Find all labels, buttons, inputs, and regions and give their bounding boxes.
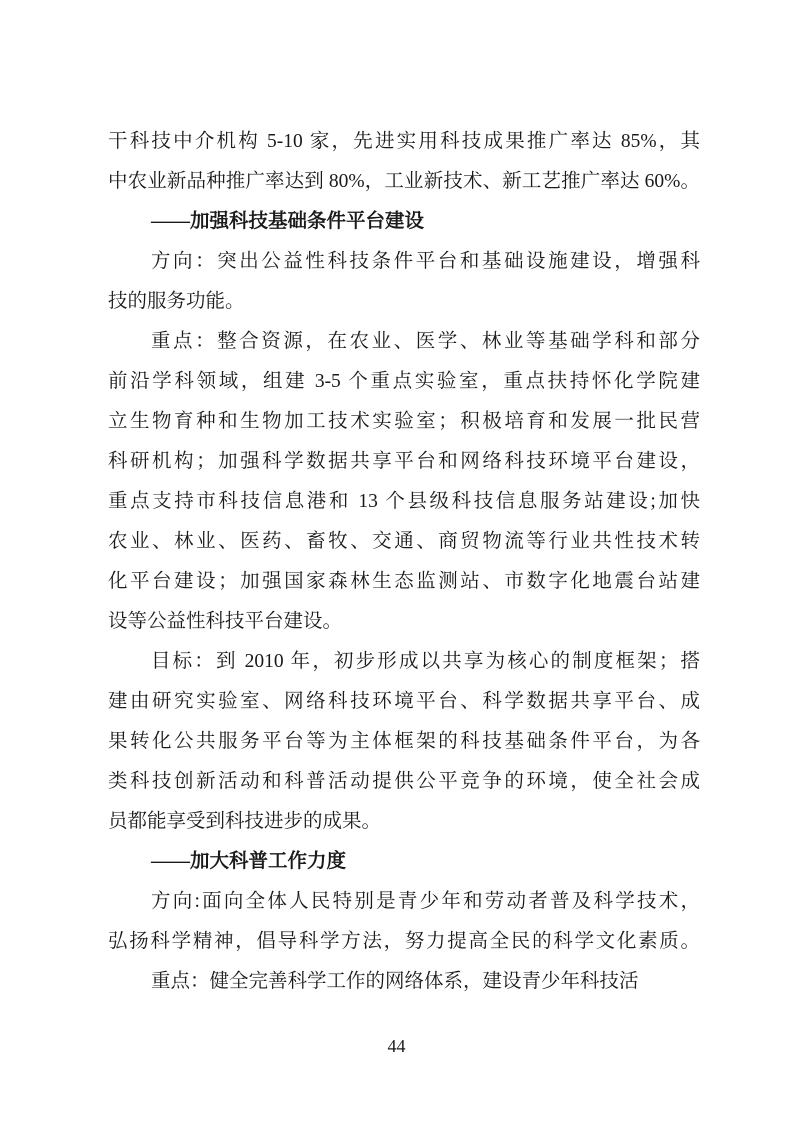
text-line: 技的服务功能。	[108, 282, 700, 322]
text-line: 设等公益性科技平台建设。	[108, 602, 700, 642]
text-line: 建由研究实验室、网络科技环境平台、科学数据共享平台、成	[108, 682, 700, 722]
text-line: 化平台建设；加强国家森林生态监测站、市数字化地震台站建	[108, 562, 700, 602]
text-line: 农业、林业、医药、畜牧、交通、商贸物流等行业共性技术转	[108, 522, 700, 562]
text-line: 方向：突出公益性科技条件平台和基础设施建设，增强科	[108, 242, 700, 282]
text-line: 果转化公共服务平台等为主体框架的科技基础条件平台，为各	[108, 722, 700, 762]
text-line: 重点：整合资源，在农业、医学、林业等基础学科和部分	[108, 322, 700, 362]
text-line: 员都能享受到科技进步的成果。	[108, 802, 700, 842]
text-line: 方向:面向全体人民特别是青少年和劳动者普及科学技术，	[108, 882, 700, 922]
text-line: 中农业新品种推广率达到 80%，工业新技术、新工艺推广率达 60%。	[108, 162, 700, 202]
text-line: 立生物育种和生物加工技术实验室；积极培育和发展一批民营	[108, 402, 700, 442]
text-line: 弘扬科学精神，倡导科学方法，努力提高全民的科学文化素质。	[108, 922, 700, 962]
text-line: 干科技中介机构 5-10 家，先进实用科技成果推广率达 85%，其	[108, 122, 700, 162]
section-heading: ——加强科技基础条件平台建设	[108, 202, 700, 242]
text-line: 科研机构；加强科学数据共享平台和网络科技环境平台建设，	[108, 442, 700, 482]
text-line: 重点支持市科技信息港和 13 个县级科技信息服务站建设;加快	[108, 482, 700, 522]
page-number: 44	[0, 1034, 793, 1058]
document-page: 干科技中介机构 5-10 家，先进实用科技成果推广率达 85%，其中农业新品种推…	[0, 0, 793, 1122]
text-line: 重点：健全完善科学工作的网络体系，建设青少年科技活	[108, 962, 700, 1002]
text-line: 目标：到 2010 年，初步形成以共享为核心的制度框架；搭	[108, 642, 700, 682]
text-line: 前沿学科领域，组建 3-5 个重点实验室，重点扶持怀化学院建	[108, 362, 700, 402]
section-heading: ——加大科普工作力度	[108, 842, 700, 882]
document-body: 干科技中介机构 5-10 家，先进实用科技成果推广率达 85%，其中农业新品种推…	[108, 122, 700, 1002]
text-line: 类科技创新活动和科普活动提供公平竞争的环境，使全社会成	[108, 762, 700, 802]
